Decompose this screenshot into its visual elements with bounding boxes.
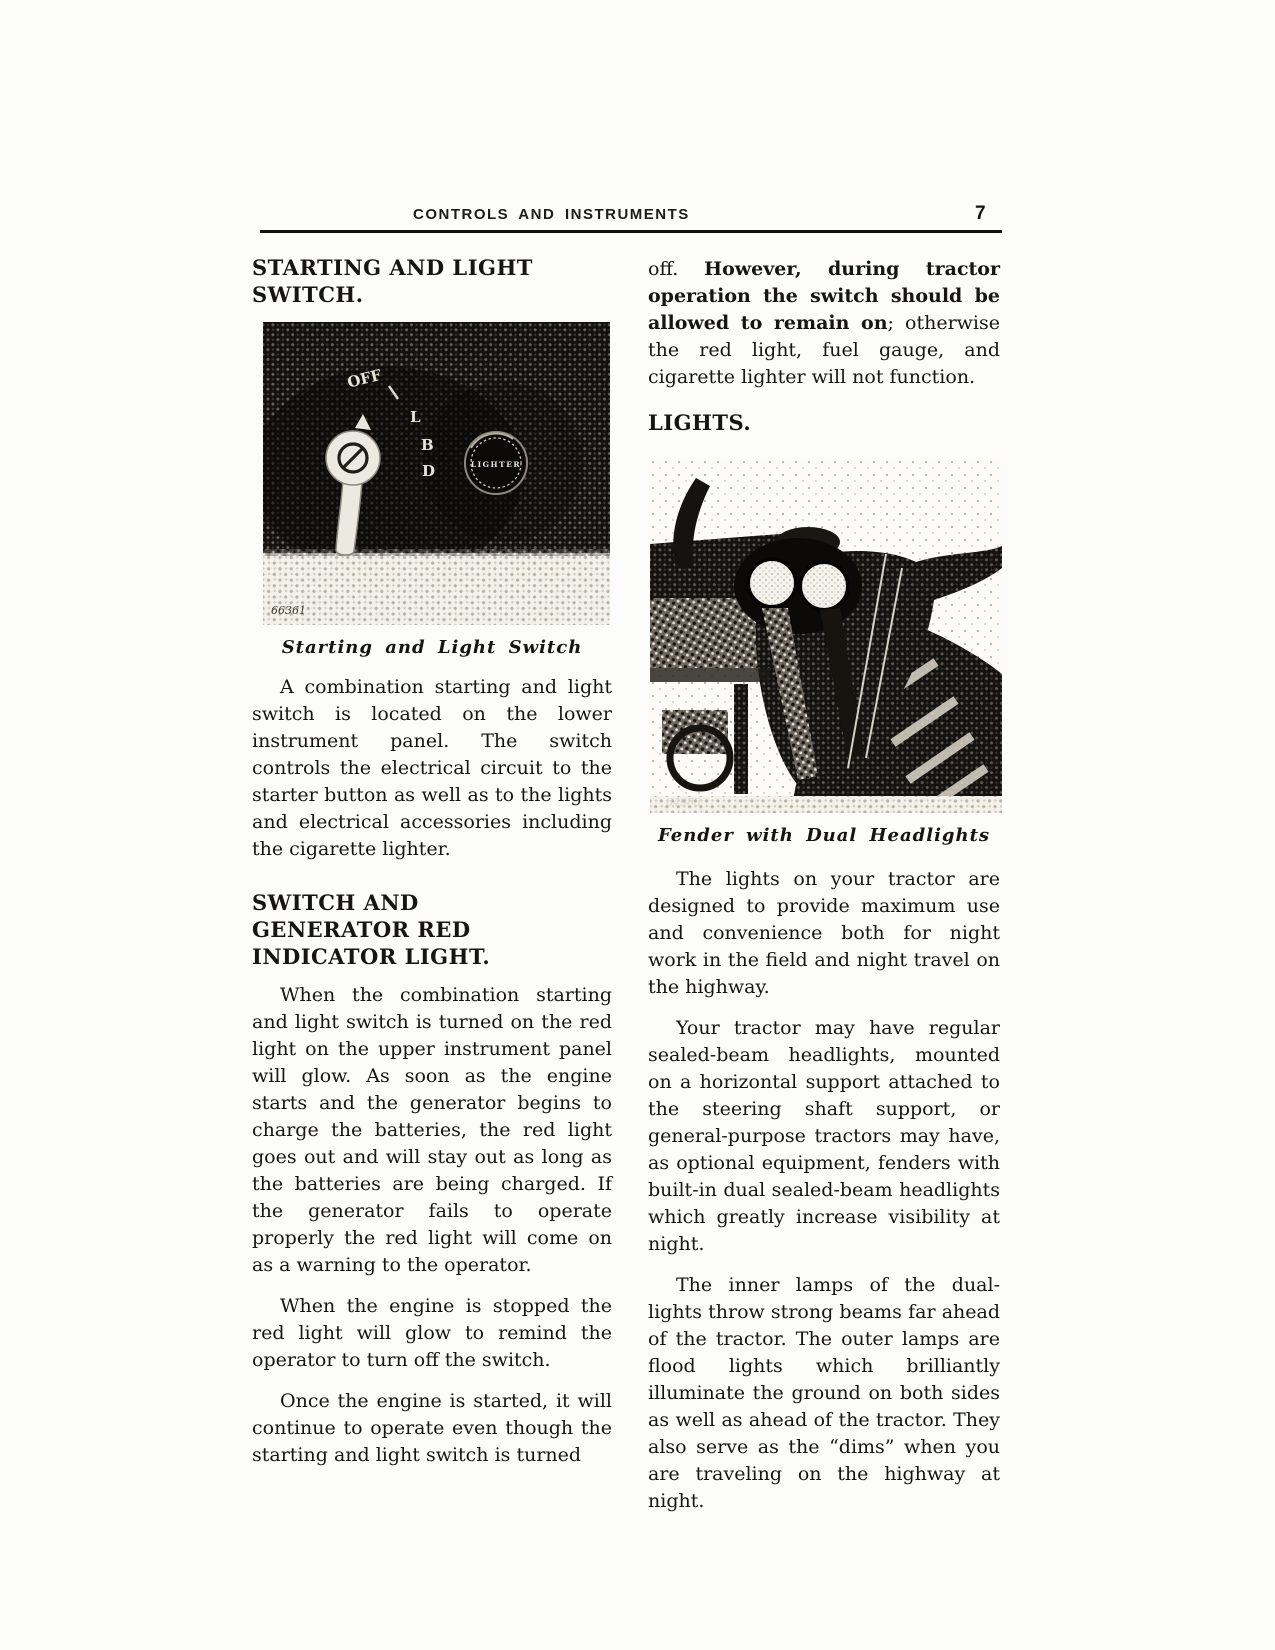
section-heading-lights: LIGHTS. [648, 409, 1000, 436]
ground [650, 796, 1002, 813]
section-heading-switch-generator-light: SWITCH AND GENERATOR RED INDICATOR LIGHT… [252, 889, 574, 970]
panel-lower-trim [263, 553, 610, 625]
figure-starting-light-switch: OFF L B D LIGHTER 6636 [252, 322, 612, 658]
switch-position-l-label: L [410, 408, 421, 426]
paragraph-combination-switch: A combination starting and light switch … [252, 674, 612, 863]
headlight-outer [800, 562, 848, 610]
photo-id-number: 66361 [271, 604, 306, 617]
manual-page: CONTROLS AND INSTRUMENTS 7 STARTING AND … [0, 0, 1275, 1650]
running-header-title: CONTROLS AND INSTRUMENTS [413, 206, 690, 223]
lighter-knob-label: LIGHTER [471, 460, 521, 469]
figure-caption-fender-dual-headlights: Fender with Dual Headlights [648, 825, 1000, 846]
paragraph-switch-remain-on: off. However, during tractor operation t… [648, 256, 1000, 391]
header-rule [260, 230, 1002, 233]
paragraph-lights-designed: The lights on your tractor are designed … [648, 866, 1000, 1001]
figure-caption-starting-light-switch: Starting and Light Switch [252, 637, 612, 658]
section-heading-starting-and-light-switch: STARTING AND LIGHT SWITCH. [252, 254, 574, 308]
paragraph-red-light-glow: When the combination starting and light … [252, 982, 612, 1279]
left-column: STARTING AND LIGHT SWITCH. [252, 248, 612, 1469]
figure-fender-dual-headlights: 64983 Fender with Dual Headlights [648, 458, 1000, 846]
photo-id-number: 64983 [666, 796, 701, 809]
paragraph-once-started: Once the engine is started, it will cont… [252, 1388, 612, 1469]
page-number: 7 [975, 203, 986, 225]
headlight-inner [748, 559, 796, 607]
tractor-photo: 64983 [650, 458, 1002, 813]
switch-position-d-label: D [422, 462, 435, 480]
right-column: off. However, during tractor operation t… [648, 248, 1000, 1515]
switch-photo: OFF L B D LIGHTER 6636 [263, 322, 610, 625]
paragraph-engine-stopped: When the engine is stopped the red light… [252, 1293, 612, 1374]
paragraph-sealed-beam: Your tractor may have regular sealed-bea… [648, 1015, 1000, 1258]
paragraph-text-pre: off. [648, 258, 704, 280]
cigarette-lighter-knob: LIGHTER [465, 432, 527, 494]
paragraph-inner-lamps: The inner lamps of the dual-lights throw… [648, 1272, 1000, 1515]
switch-position-b-label: B [421, 436, 434, 454]
